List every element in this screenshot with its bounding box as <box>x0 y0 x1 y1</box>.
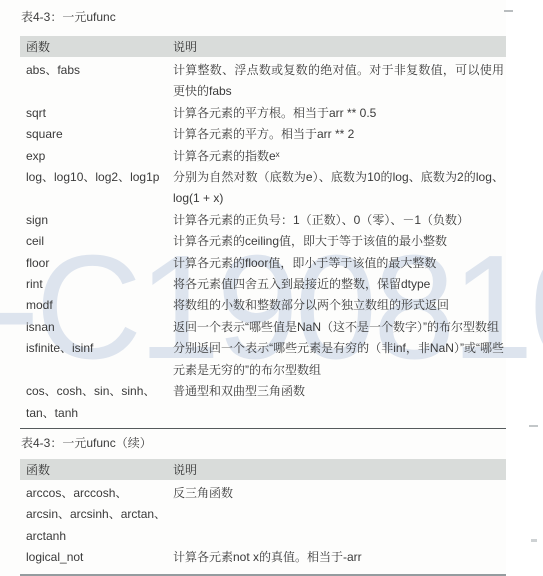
table1-caption: 表4-3：一元ufunc <box>20 8 506 25</box>
desc-cell: 计算各元素的正负号：1（正数）、0（零）、－1（负数） <box>173 210 506 231</box>
scan-artifact <box>531 539 537 542</box>
func-cell: floor <box>20 253 173 274</box>
func-cell: modf <box>20 295 173 316</box>
table-row: floor 计算各元素的floor值，即小于等于该值的最大整数 <box>20 253 506 274</box>
desc-cell: 计算各元素not x的真值。相当于-arr <box>173 547 506 568</box>
table-row: ceil 计算各元素的ceiling值，即大于等于该值的最小整数 <box>20 231 506 252</box>
table-row: isfinite、isinf 分别返回一个表示“哪些元素是有穷的（非inf，非N… <box>20 338 506 381</box>
table-row: isnan 返回一个表示“哪些值是NaN（这不是一个数字）”的布尔型数组 <box>20 317 506 338</box>
table-row: square 计算各元素的平方。相当于arr ** 2 <box>20 124 506 145</box>
func-cell: exp <box>20 146 173 167</box>
column-header-desc: 说明 <box>173 38 506 55</box>
desc-cell: 计算各元素的平方。相当于arr ** 2 <box>173 124 506 145</box>
table-unary-ufunc-continued: 函数 说明 arccos、arccosh、arcsin、arcsinh、arct… <box>20 459 506 576</box>
desc-cell: 计算整数、浮点数或复数的绝对值。对于非复数值，可以使用更快的fabs <box>173 60 506 103</box>
func-cell: rint <box>20 274 173 295</box>
desc-cell: 分别为自然对数（底数为e）、底数为10的log、底数为2的log、log(1 +… <box>173 167 506 210</box>
desc-cell: 返回一个表示“哪些值是NaN（这不是一个数字）”的布尔型数组 <box>173 317 506 338</box>
func-cell: cos、cosh、sin、sinh、tan、tanh <box>20 381 173 424</box>
table-unary-ufunc: 函数 说明 abs、fabs 计算整数、浮点数或复数的绝对值。对于非复数值，可以… <box>20 36 506 429</box>
table-row: arccos、arccosh、arcsin、arcsinh、arctan、arc… <box>20 483 506 547</box>
desc-cell: 普通型和双曲型三角函数 <box>173 381 506 424</box>
table-row: log、log10、log2、log1p 分别为自然对数（底数为e）、底数为10… <box>20 167 506 210</box>
func-cell: arccos、arccosh、arcsin、arcsinh、arctan、arc… <box>20 483 173 547</box>
scan-artifact <box>504 10 513 12</box>
table-row: cos、cosh、sin、sinh、tan、tanh 普通型和双曲型三角函数 <box>20 381 506 424</box>
desc-cell: 反三角函数 <box>173 483 506 547</box>
desc-cell: 计算各元素的平方根。相当于arr ** 0.5 <box>173 103 506 124</box>
func-cell: isnan <box>20 317 173 338</box>
column-header-desc: 说明 <box>173 461 506 478</box>
func-cell: sign <box>20 210 173 231</box>
func-cell: square <box>20 124 173 145</box>
column-header-func: 函数 <box>20 38 173 55</box>
table-row: exp 计算各元素的指数eˣ <box>20 146 506 167</box>
table2-header-row: 函数 说明 <box>20 459 506 480</box>
table-row: abs、fabs 计算整数、浮点数或复数的绝对值。对于非复数值，可以使用更快的f… <box>20 60 506 103</box>
table1-header-row: 函数 说明 <box>20 36 506 57</box>
func-cell: isfinite、isinf <box>20 338 173 381</box>
desc-cell: 计算各元素的指数eˣ <box>173 146 506 167</box>
page-content: 表4-3：一元ufunc 函数 说明 abs、fabs 计算整数、浮点数或复数的… <box>20 8 506 576</box>
desc-cell: 计算各元素的floor值，即小于等于该值的最大整数 <box>173 253 506 274</box>
scan-artifact <box>529 425 538 427</box>
desc-cell: 计算各元素的ceiling值，即大于等于该值的最小整数 <box>173 231 506 252</box>
desc-cell: 分别返回一个表示“哪些元素是有穷的（非inf，非NaN）”或“哪些元素是无穷的”… <box>173 338 506 381</box>
func-cell: abs、fabs <box>20 60 173 103</box>
table-row: logical_not 计算各元素not x的真值。相当于-arr <box>20 547 506 568</box>
desc-cell: 将数组的小数和整数部分以两个独立数组的形式返回 <box>173 295 506 316</box>
table-row: modf 将数组的小数和整数部分以两个独立数组的形式返回 <box>20 295 506 316</box>
table-row: sqrt 计算各元素的平方根。相当于arr ** 0.5 <box>20 103 506 124</box>
table2-body: arccos、arccosh、arcsin、arcsinh、arctan、arc… <box>20 480 506 569</box>
table1-body: abs、fabs 计算整数、浮点数或复数的绝对值。对于非复数值，可以使用更快的f… <box>20 57 506 424</box>
desc-cell: 将各元素值四舍五入到最接近的整数，保留dtype <box>173 274 506 295</box>
func-cell: log、log10、log2、log1p <box>20 167 173 210</box>
func-cell: sqrt <box>20 103 173 124</box>
column-header-func: 函数 <box>20 461 173 478</box>
table2-caption: 表4-3：一元ufunc（续） <box>20 434 506 451</box>
func-cell: logical_not <box>20 547 173 568</box>
table-row: sign 计算各元素的正负号：1（正数）、0（零）、－1（负数） <box>20 210 506 231</box>
scanned-page: -C190810 表4-3：一元ufunc 函数 说明 abs、fabs 计算整… <box>0 0 543 576</box>
table-row: rint 将各元素值四舍五入到最接近的整数，保留dtype <box>20 274 506 295</box>
func-cell: ceil <box>20 231 173 252</box>
